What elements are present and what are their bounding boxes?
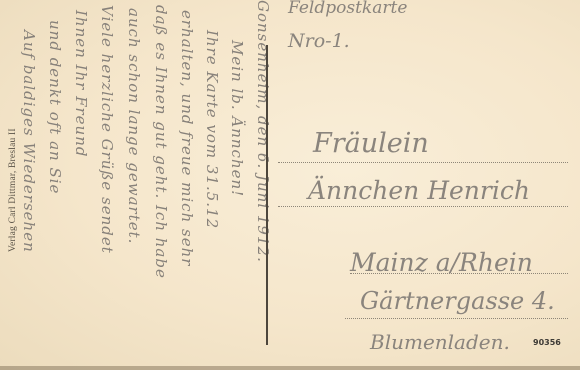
postcard: Gonsenheim, den 6. Juni 1912. Mein lb. Ä…: [0, 0, 580, 370]
address-salutation: Fräulein: [313, 128, 429, 159]
message-line: Mein lb. Ännchen!: [228, 0, 248, 370]
message-line: Ihnen Ihr Freund: [72, 0, 92, 370]
message-heading: Feldpostkarte: [288, 0, 407, 18]
message-line: Viele herzliche Grüße sendet: [98, 0, 118, 370]
message-line: daß es Ihnen gut geht. Ich habe: [152, 0, 172, 370]
message-line: auch schon lange gewartet.: [125, 0, 145, 370]
message-line: erhalten, und freue mich sehr: [178, 0, 198, 370]
center-divider: [266, 45, 268, 345]
address-line: [350, 273, 568, 274]
address-name: Ännchen Henrich: [308, 176, 530, 205]
catalog-number: 90356: [533, 338, 561, 347]
address-street: Gärtnergasse 4.: [360, 287, 555, 315]
publisher-imprint: Verlag Carl Dittmar, Breslau II: [8, 122, 22, 252]
message-line: Gonsenheim, den 6. Juni 1912.: [254, 0, 274, 370]
message-line: und denkt oft an Sie: [46, 0, 66, 370]
address-note: Blumenladen.: [370, 330, 510, 354]
message-line: Auf baldiges Wiedersehen: [20, 0, 40, 370]
address-line: [345, 318, 568, 319]
sender-reference: Nro-1.: [288, 30, 350, 52]
address-line: [278, 206, 568, 207]
address-line: [278, 162, 568, 163]
message-line: Ihre Karte vom 31.5.12: [203, 0, 223, 370]
